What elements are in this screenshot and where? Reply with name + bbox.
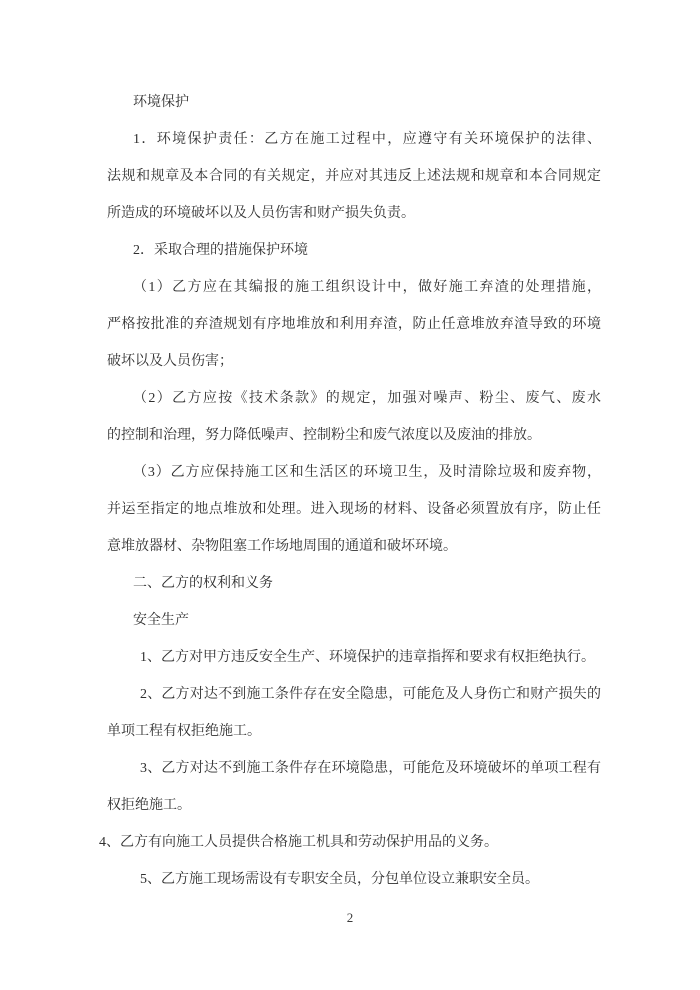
subheading-safety-production: 安全生产 — [107, 602, 601, 639]
heading-party-b-rights-obligations: 二、乙方的权利和义务 — [107, 565, 601, 602]
para-2-1-spoil-disposal: （1）乙方应在其编报的施工组织设计中，做好施工弃渣的处理措施，严格按批准的弃渣规… — [107, 269, 601, 380]
text-line: 环境保护 — [107, 84, 601, 121]
document-body: 环境保护1．环境保护责任：乙方在施工过程中，应遵守有关环境保护的法律、法规和规章… — [107, 84, 601, 898]
text-line: 3、乙方对达不到施工条件存在环境隐患，可能危及环境破坏的单项工程有 — [107, 750, 601, 787]
para-2-3-site-sanitation: （3）乙方应保持施工区和生活区的环境卫生，及时清除垃圾和废弃物，并运至指定的地点… — [107, 454, 601, 565]
text-line: 2、乙方对达不到施工条件存在安全隐患，可能危及人身伤亡和财产损失的 — [107, 676, 601, 713]
item-2-refuse-unsafe-construction: 2、乙方对达不到施工条件存在安全隐患，可能危及人身伤亡和财产损失的单项工程有权拒… — [107, 676, 601, 750]
document-page: 环境保护1．环境保护责任：乙方在施工过程中，应遵守有关环境保护的法律、法规和规章… — [0, 0, 700, 990]
text-line: 4、乙方有向施工人员提供合格施工机具和劳动保护用品的义务。 — [107, 824, 601, 861]
para-2-2-noise-dust-control: （2）乙方应按《技术条款》的规定，加强对噪声、粉尘、废气、废水的控制和治理，努力… — [107, 380, 601, 454]
text-line: 2．采取合理的措施保护环境 — [107, 232, 601, 269]
text-line: 1、乙方对甲方违反安全生产、环境保护的违章指挥和要求有权拒绝执行。 — [107, 639, 601, 676]
text-line: 破坏以及人员伤害； — [107, 343, 601, 380]
text-line: （3）乙方应保持施工区和生活区的环境卫生，及时清除垃圾和废弃物， — [107, 454, 601, 491]
para-2-reasonable-measures: 2．采取合理的措施保护环境 — [107, 232, 601, 269]
text-line: 意堆放器材、杂物阻塞工作场地周围的通道和破坏环境。 — [107, 528, 601, 565]
text-line: 1．环境保护责任：乙方在施工过程中，应遵守有关环境保护的法律、 — [107, 121, 601, 158]
para-1-environment-responsibility: 1．环境保护责任：乙方在施工过程中，应遵守有关环境保护的法律、法规和规章及本合同… — [107, 121, 601, 232]
text-line: （1）乙方应在其编报的施工组织设计中，做好施工弃渣的处理措施， — [107, 269, 601, 306]
text-line: 二、乙方的权利和义务 — [107, 565, 601, 602]
item-3-refuse-environmental-risk: 3、乙方对达不到施工条件存在环境隐患，可能危及环境破坏的单项工程有权拒绝施工。 — [107, 750, 601, 824]
text-line: 安全生产 — [107, 602, 601, 639]
page-number: 2 — [0, 910, 700, 925]
text-line: 并运至指定的地点堆放和处理。进入现场的材料、设备必须置放有序，防止任 — [107, 491, 601, 528]
text-line: 法规和规章及本合同的有关规定，并应对其违反上述法规和规章和本合同规定 — [107, 158, 601, 195]
text-line: （2）乙方应按《技术条款》的规定，加强对噪声、粉尘、废气、废水 — [107, 380, 601, 417]
item-5-safety-officer: 5、乙方施工现场需设有专职安全员，分包单位设立兼职安全员。 — [107, 861, 601, 898]
item-1-refuse-illegal-direction: 1、乙方对甲方违反安全生产、环境保护的违章指挥和要求有权拒绝执行。 — [107, 639, 601, 676]
text-line: 权拒绝施工。 — [107, 787, 601, 824]
text-line: 5、乙方施工现场需设有专职安全员，分包单位设立兼职安全员。 — [107, 861, 601, 898]
heading-environment-protection: 环境保护 — [107, 84, 601, 121]
text-line: 的控制和治理，努力降低噪声、控制粉尘和废气浓度以及废油的排放。 — [107, 417, 601, 454]
text-line: 单项工程有权拒绝施工。 — [107, 713, 601, 750]
text-line: 所造成的环境破坏以及人员伤害和财产损失负责。 — [107, 195, 601, 232]
item-4-provide-qualified-tools: 4、乙方有向施工人员提供合格施工机具和劳动保护用品的义务。 — [107, 824, 601, 861]
text-line: 严格按批准的弃渣规划有序地堆放和利用弃渣，防止任意堆放弃渣导致的环境 — [107, 306, 601, 343]
